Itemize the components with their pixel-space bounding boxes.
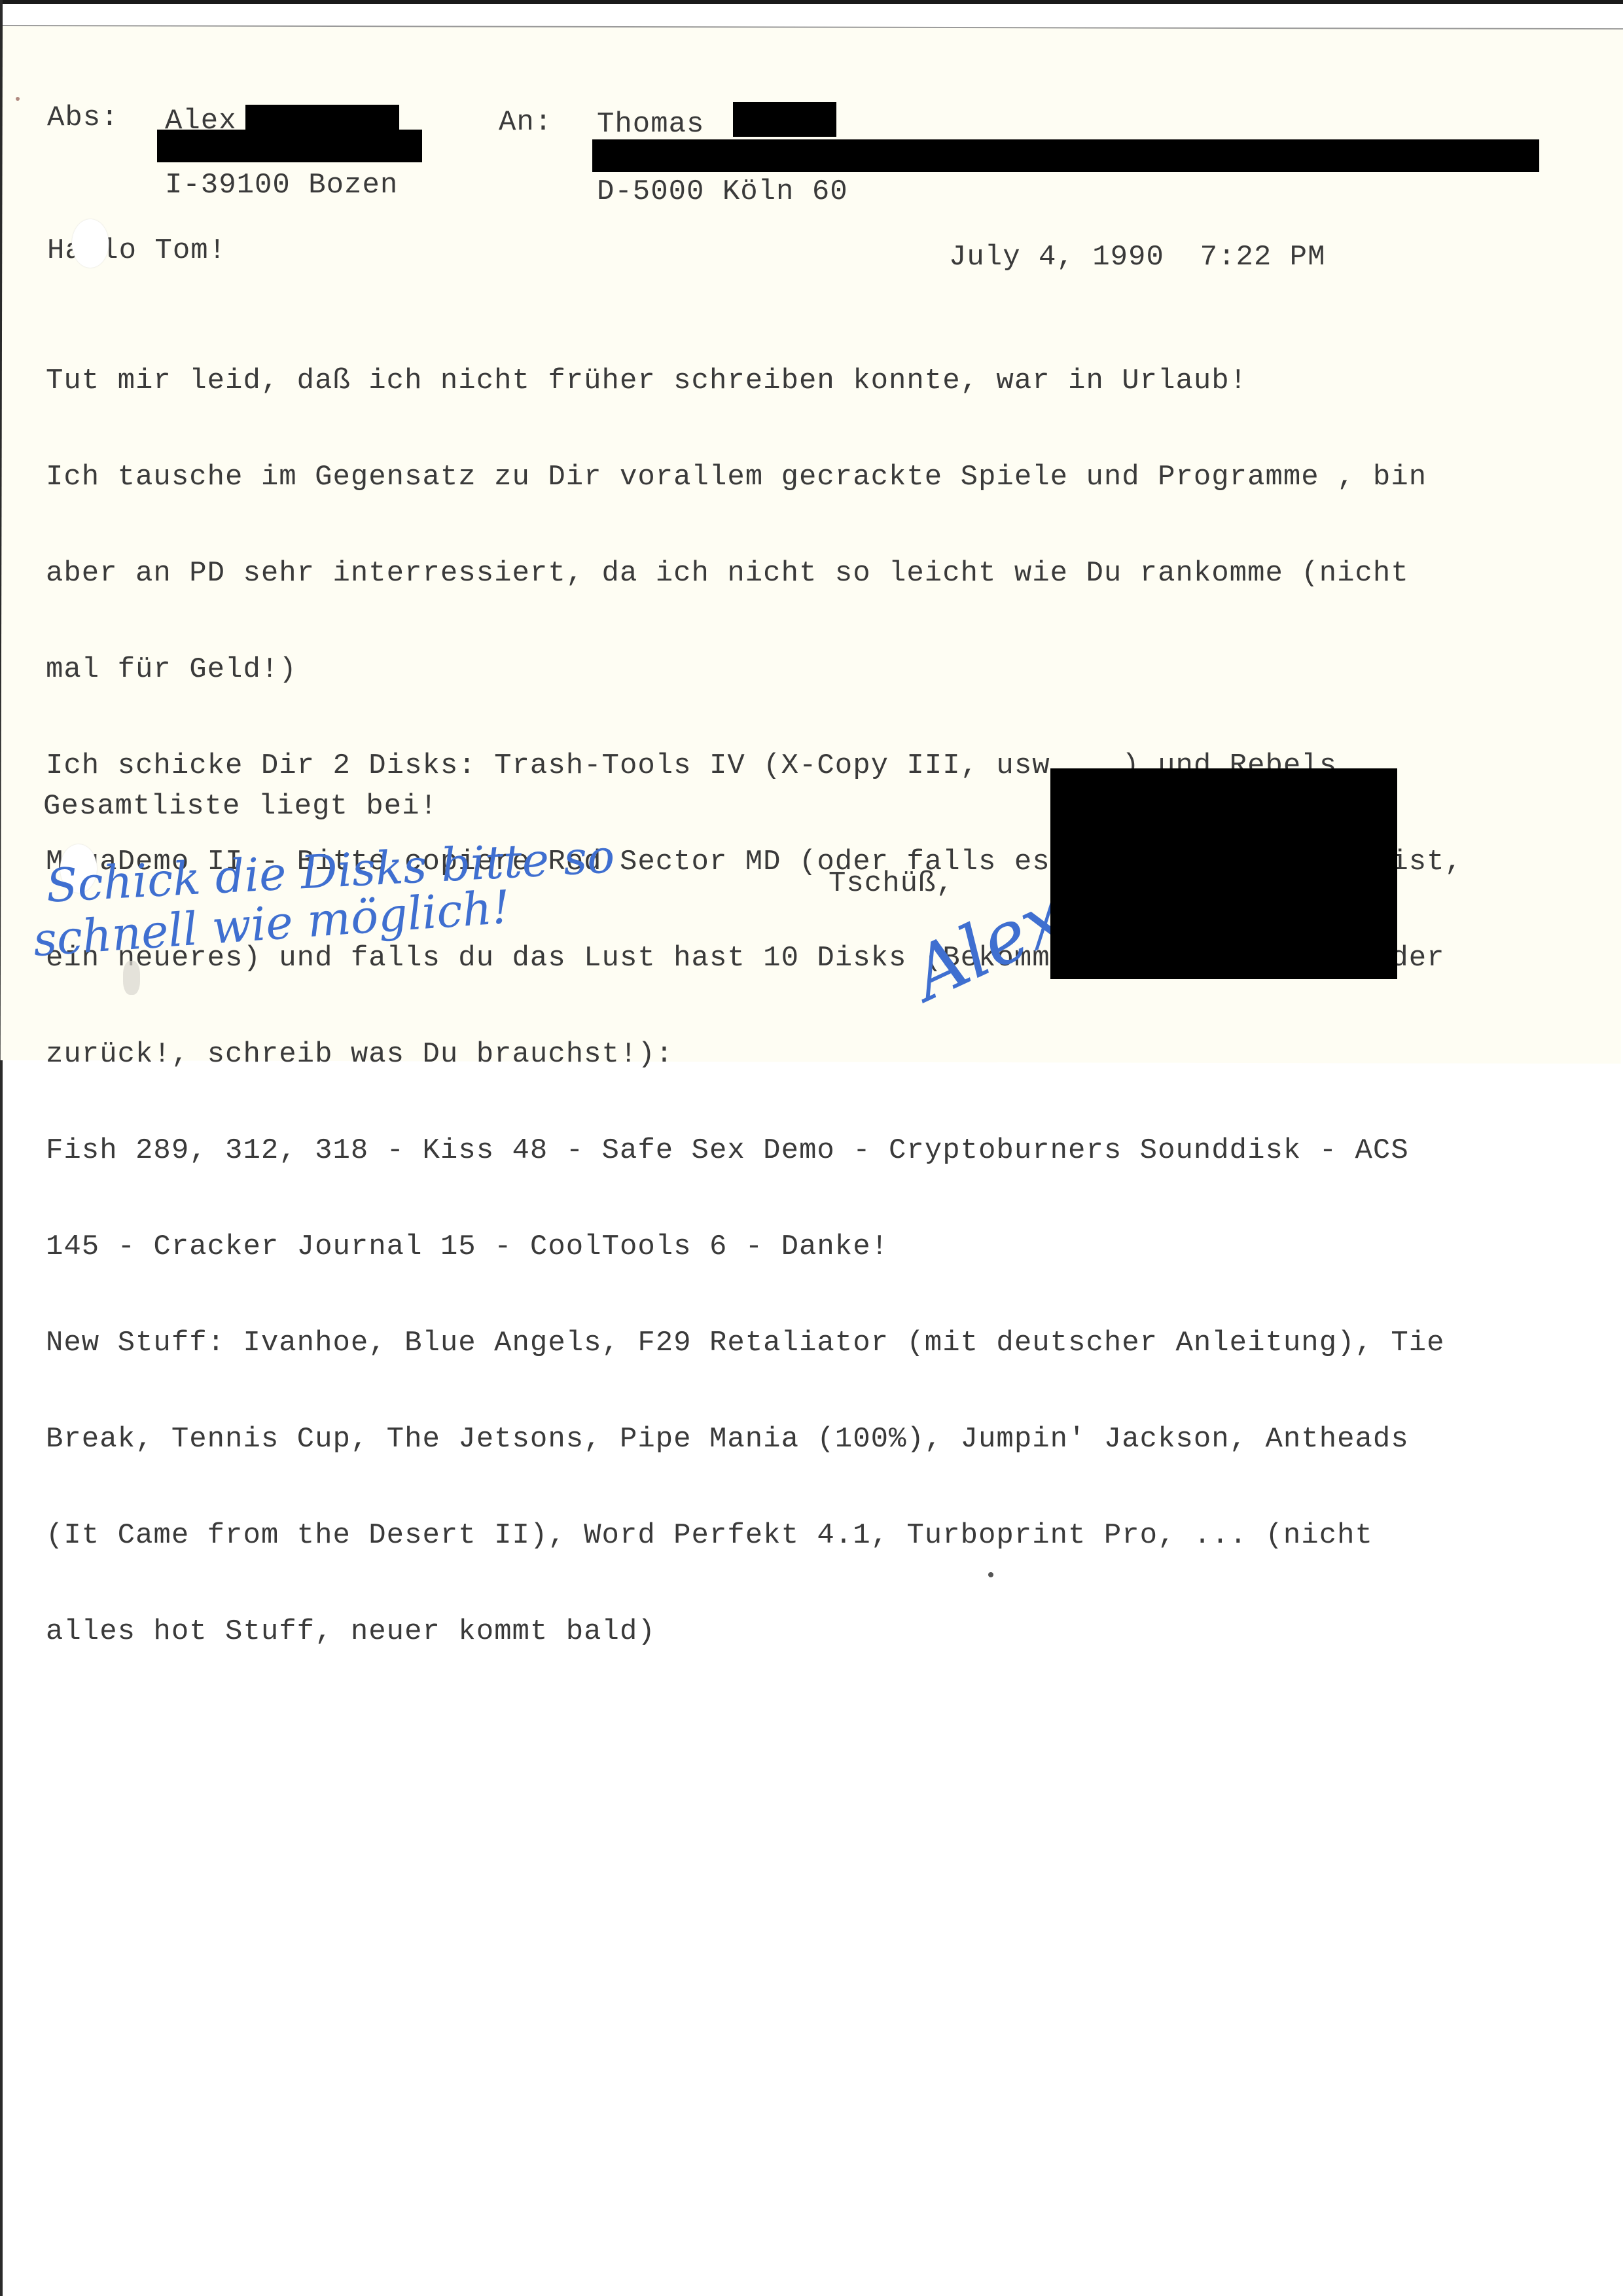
speck bbox=[988, 1572, 993, 1577]
body-line: Tut mir leid, daß ich nicht früher schre… bbox=[46, 365, 1603, 397]
redaction-recipient-surname bbox=[733, 102, 836, 137]
letter-date: July 4, 1990 7:22 PM bbox=[949, 241, 1326, 274]
redaction-sender-street bbox=[157, 130, 422, 162]
body-line: New Stuff: Ivanhoe, Blue Angels, F29 Ret… bbox=[46, 1327, 1603, 1359]
redaction-sender-surname bbox=[245, 105, 399, 130]
body-line: (It Came from the Desert II), Word Perfe… bbox=[46, 1520, 1603, 1552]
redaction-recipient-street bbox=[592, 139, 1539, 172]
enclosure-note: Gesamtliste liegt bei! bbox=[43, 790, 438, 823]
scan-edge-top bbox=[0, 0, 1623, 4]
body-line: aber an PD sehr interressiert, da ich ni… bbox=[46, 558, 1603, 590]
sender-label: Abs: bbox=[47, 101, 119, 134]
sender-city: I-39100 Bozen bbox=[165, 169, 398, 202]
redaction-signature bbox=[1050, 768, 1397, 979]
letter-body: Tut mir leid, daß ich nicht früher schre… bbox=[46, 301, 1603, 1680]
body-line: mal für Geld!) bbox=[46, 654, 1603, 686]
recipient-city: D-5000 Köln 60 bbox=[597, 175, 848, 208]
body-line: zurück!, schreib was Du brauchst!): bbox=[46, 1039, 1603, 1071]
body-line: Break, Tennis Cup, The Jetsons, Pipe Man… bbox=[46, 1424, 1603, 1456]
body-line: Fish 289, 312, 318 - Kiss 48 - Safe Sex … bbox=[46, 1135, 1603, 1167]
body-line: alles hot Stuff, neuer kommt bald) bbox=[46, 1616, 1603, 1648]
punch-hole bbox=[72, 219, 109, 268]
paper-smudge bbox=[123, 961, 140, 995]
margin-mark bbox=[16, 97, 20, 101]
body-line: 145 - Cracker Journal 15 - CoolTools 6 -… bbox=[46, 1231, 1603, 1263]
closing: Tschüß, bbox=[829, 867, 954, 900]
recipient-name: Thomas bbox=[597, 108, 704, 141]
body-line: Ich tausche im Gegensatz zu Dir vorallem… bbox=[46, 461, 1603, 493]
recipient-label: An: bbox=[499, 106, 552, 139]
